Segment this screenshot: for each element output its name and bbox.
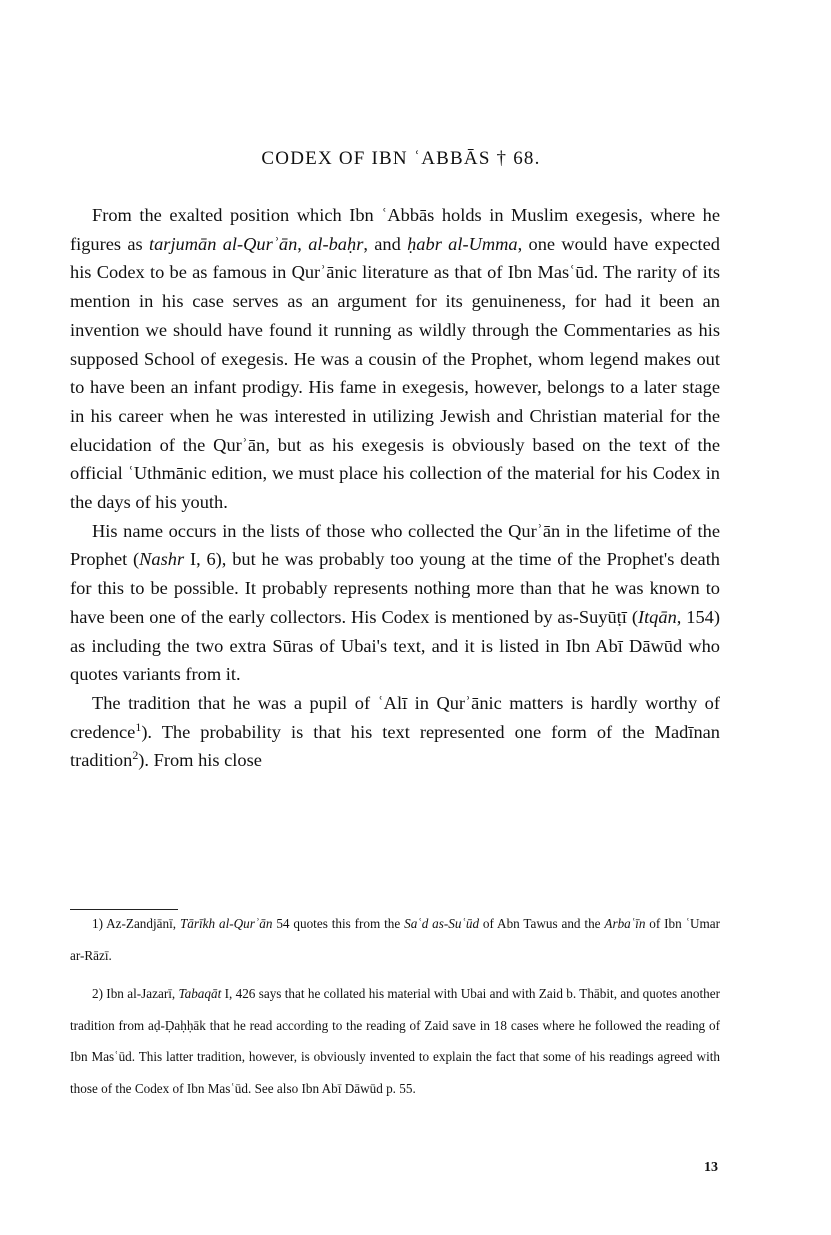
italic-term: Tabaqāt	[179, 986, 222, 1001]
text-run: of Abn Tawus and the	[479, 916, 604, 931]
page-number: 13	[704, 1160, 718, 1176]
body-text: From the exalted position which Ibn ʿAbb…	[70, 201, 720, 775]
paragraph: His name occurs in the lists of those wh…	[70, 517, 720, 689]
page-title: CODEX OF IBN ʿABBĀS † 68.	[70, 148, 732, 170]
italic-term: Itqān	[638, 607, 677, 627]
italic-term: Tārīkh al-Qurʾān	[180, 916, 273, 931]
italic-term: tarjumān al-Qurʾān	[149, 234, 297, 254]
text-run: , and	[363, 234, 407, 254]
italic-term: Nashr	[139, 549, 184, 569]
text-run: ,	[297, 234, 308, 254]
text-run: , one would have expected his Codex to b…	[70, 234, 720, 512]
paragraph: From the exalted position which Ibn ʿAbb…	[70, 201, 720, 517]
text-run: ). From his close	[138, 750, 262, 770]
footnote: 2) Ibn al-Jazarī, Tabaqāt I, 426 says th…	[70, 978, 720, 1104]
text-run: 1) Az-Zandjānī,	[92, 916, 180, 931]
text-run: 2) Ibn al-Jazarī,	[92, 986, 179, 1001]
text-run: 54 quotes this from the	[272, 916, 404, 931]
italic-term: ḥabr al-Umma	[407, 234, 518, 254]
italic-term: al-baḥr	[308, 234, 363, 254]
italic-term: Arbaʿīn	[604, 916, 645, 931]
text-run: I, 426 says that he collated his materia…	[70, 986, 720, 1096]
footnote: 1) Az-Zandjānī, Tārīkh al-Qurʾān 54 quot…	[70, 908, 720, 971]
italic-term: Saʿd as-Suʿūd	[404, 916, 479, 931]
footnotes: 1) Az-Zandjānī, Tārīkh al-Qurʾān 54 quot…	[70, 908, 720, 1104]
paragraph: The tradition that he was a pupil of ʿAl…	[70, 689, 720, 775]
